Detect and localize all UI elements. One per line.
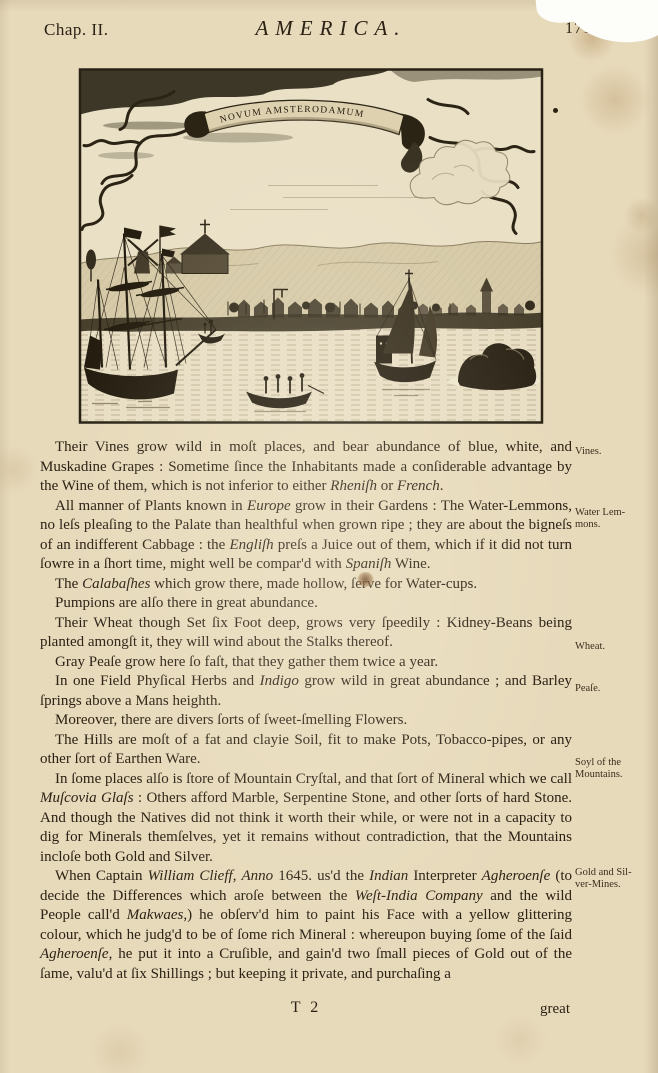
running-title: AMERICA. (44, 16, 618, 41)
margin-note: Peaſe. (575, 683, 655, 695)
ink-stain (357, 572, 374, 587)
paragraph: Gray Peaſe grow here ſo faſt, that they … (40, 653, 572, 673)
catchword: great (540, 1001, 570, 1018)
margin-note: Soyl of theMountains. (575, 757, 655, 781)
paragraph: In ſome places alſo is ſtore of Mountain… (40, 770, 572, 868)
margin-note: Wheat. (575, 641, 655, 653)
paragraph: Their Vines grow wild in moſt places, an… (40, 438, 572, 497)
paragraph: The Hills are moſt of a fat and clayie S… (40, 731, 572, 770)
body-text: Their Vines grow wild in moſt places, an… (40, 438, 572, 984)
paragraph: Their Wheat though Set ſix Foot deep, gr… (40, 614, 572, 653)
book-page: Chap. II. AMERICA. 171 (0, 0, 658, 1073)
paragraph: Moreover, there are divers ſorts of ſwee… (40, 711, 572, 731)
engraving-image: NOVUM AMSTERODAMUM (78, 67, 544, 425)
engraving-new-amsterdam: NOVUM AMSTERODAMUM (78, 67, 544, 425)
signature-mark: T 2 (40, 999, 572, 1017)
margin-note: Gold and Sil-ver-Mines. (575, 867, 655, 891)
margin-note: Water Lem-mons. (575, 507, 655, 531)
paragraph: When Captain William Clieff, Anno 1645. … (40, 867, 572, 984)
paragraph: In one Field Phyſical Herbs and Indigo g… (40, 672, 572, 711)
paragraph: The Calabaſhes which grow there, made ho… (40, 575, 572, 595)
margin-note: Vines. (575, 446, 655, 458)
paragraph: All manner of Plants known in Europe gro… (40, 497, 572, 575)
ink-spot (553, 108, 558, 113)
page-header: Chap. II. AMERICA. 171 (44, 16, 618, 46)
paragraph: Pumpions are alſo there in great abundan… (40, 594, 572, 614)
page-footer: T 2 great (40, 999, 572, 1021)
